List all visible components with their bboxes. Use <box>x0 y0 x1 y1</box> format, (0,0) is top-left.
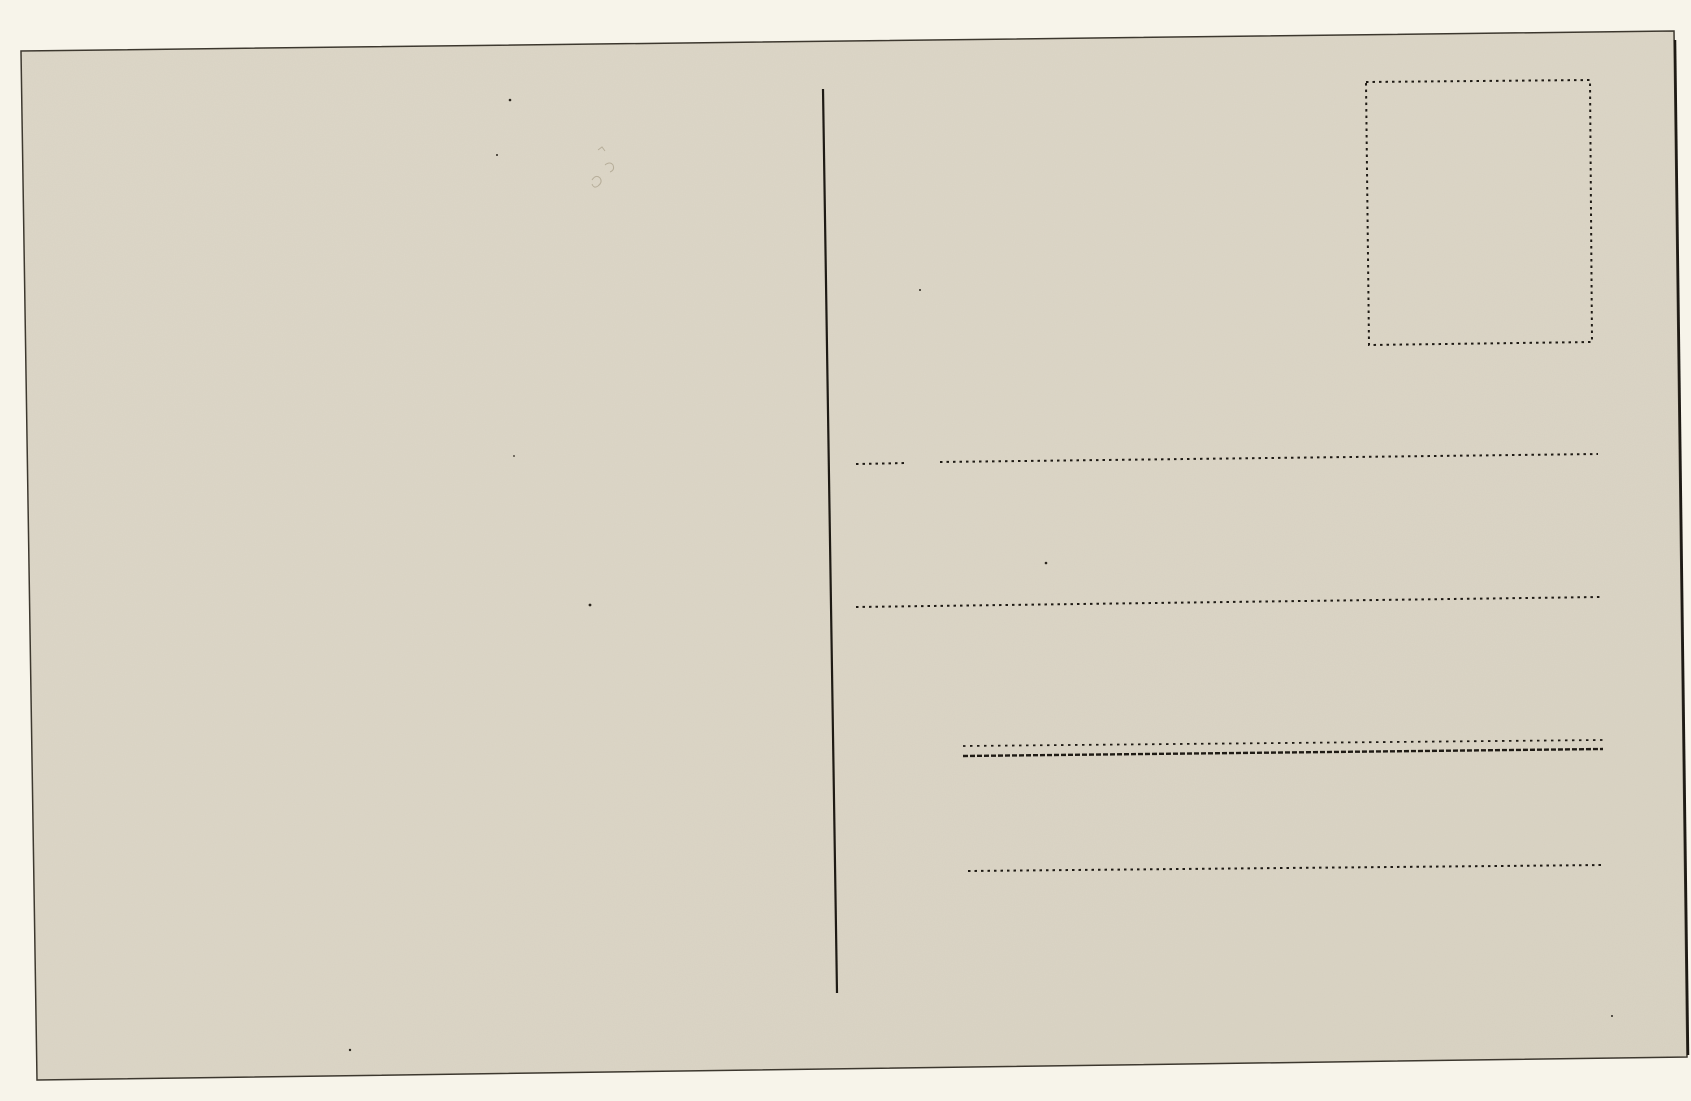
postcard-illustration <box>0 0 1691 1101</box>
postcard-scan: Blank vintage postcard (address side) <box>0 0 1691 1101</box>
postcard-card <box>21 31 1688 1080</box>
